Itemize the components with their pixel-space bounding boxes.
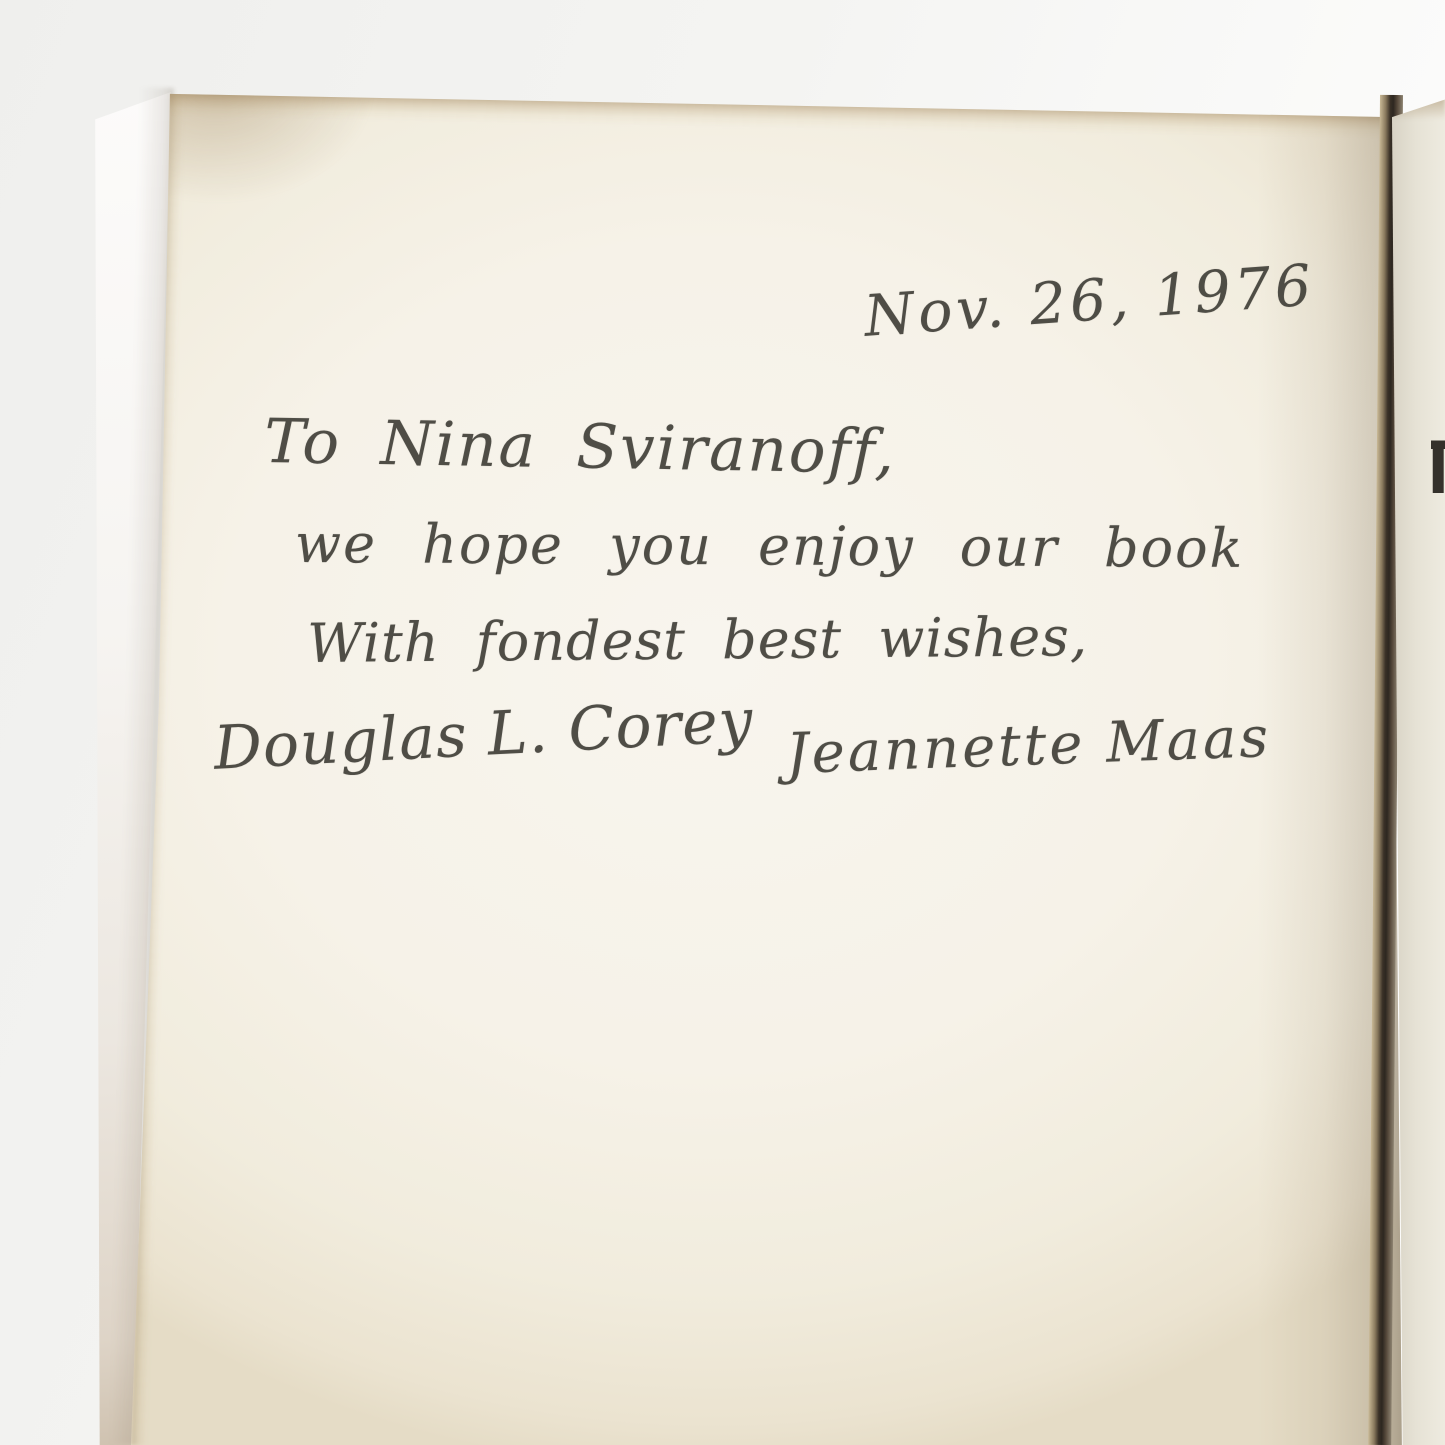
partial-printed-letter: T [1431,438,1445,508]
partial-letter-glyph: T [1431,438,1445,498]
handwritten-greeting: To Nina Sviranoff, [264,406,897,488]
signature-douglas-corey: Douglas L. Corey [212,686,755,784]
signature-jeannette-maas: Jeannette Maas [785,705,1272,787]
page-corner-shading [150,84,390,214]
book-inscription-photo: Nov. 26, 1976 To Nina Sviranoff, we hope… [0,0,1445,1445]
handwritten-date: Nov. 26, 1976 [862,252,1317,349]
handwritten-message-line2: With fondest best wishes, [307,605,1088,675]
handwritten-message-line1: we hope you enjoy our book [295,512,1245,580]
inscription-page: Nov. 26, 1976 To Nina Sviranoff, we hope… [122,84,1407,1445]
